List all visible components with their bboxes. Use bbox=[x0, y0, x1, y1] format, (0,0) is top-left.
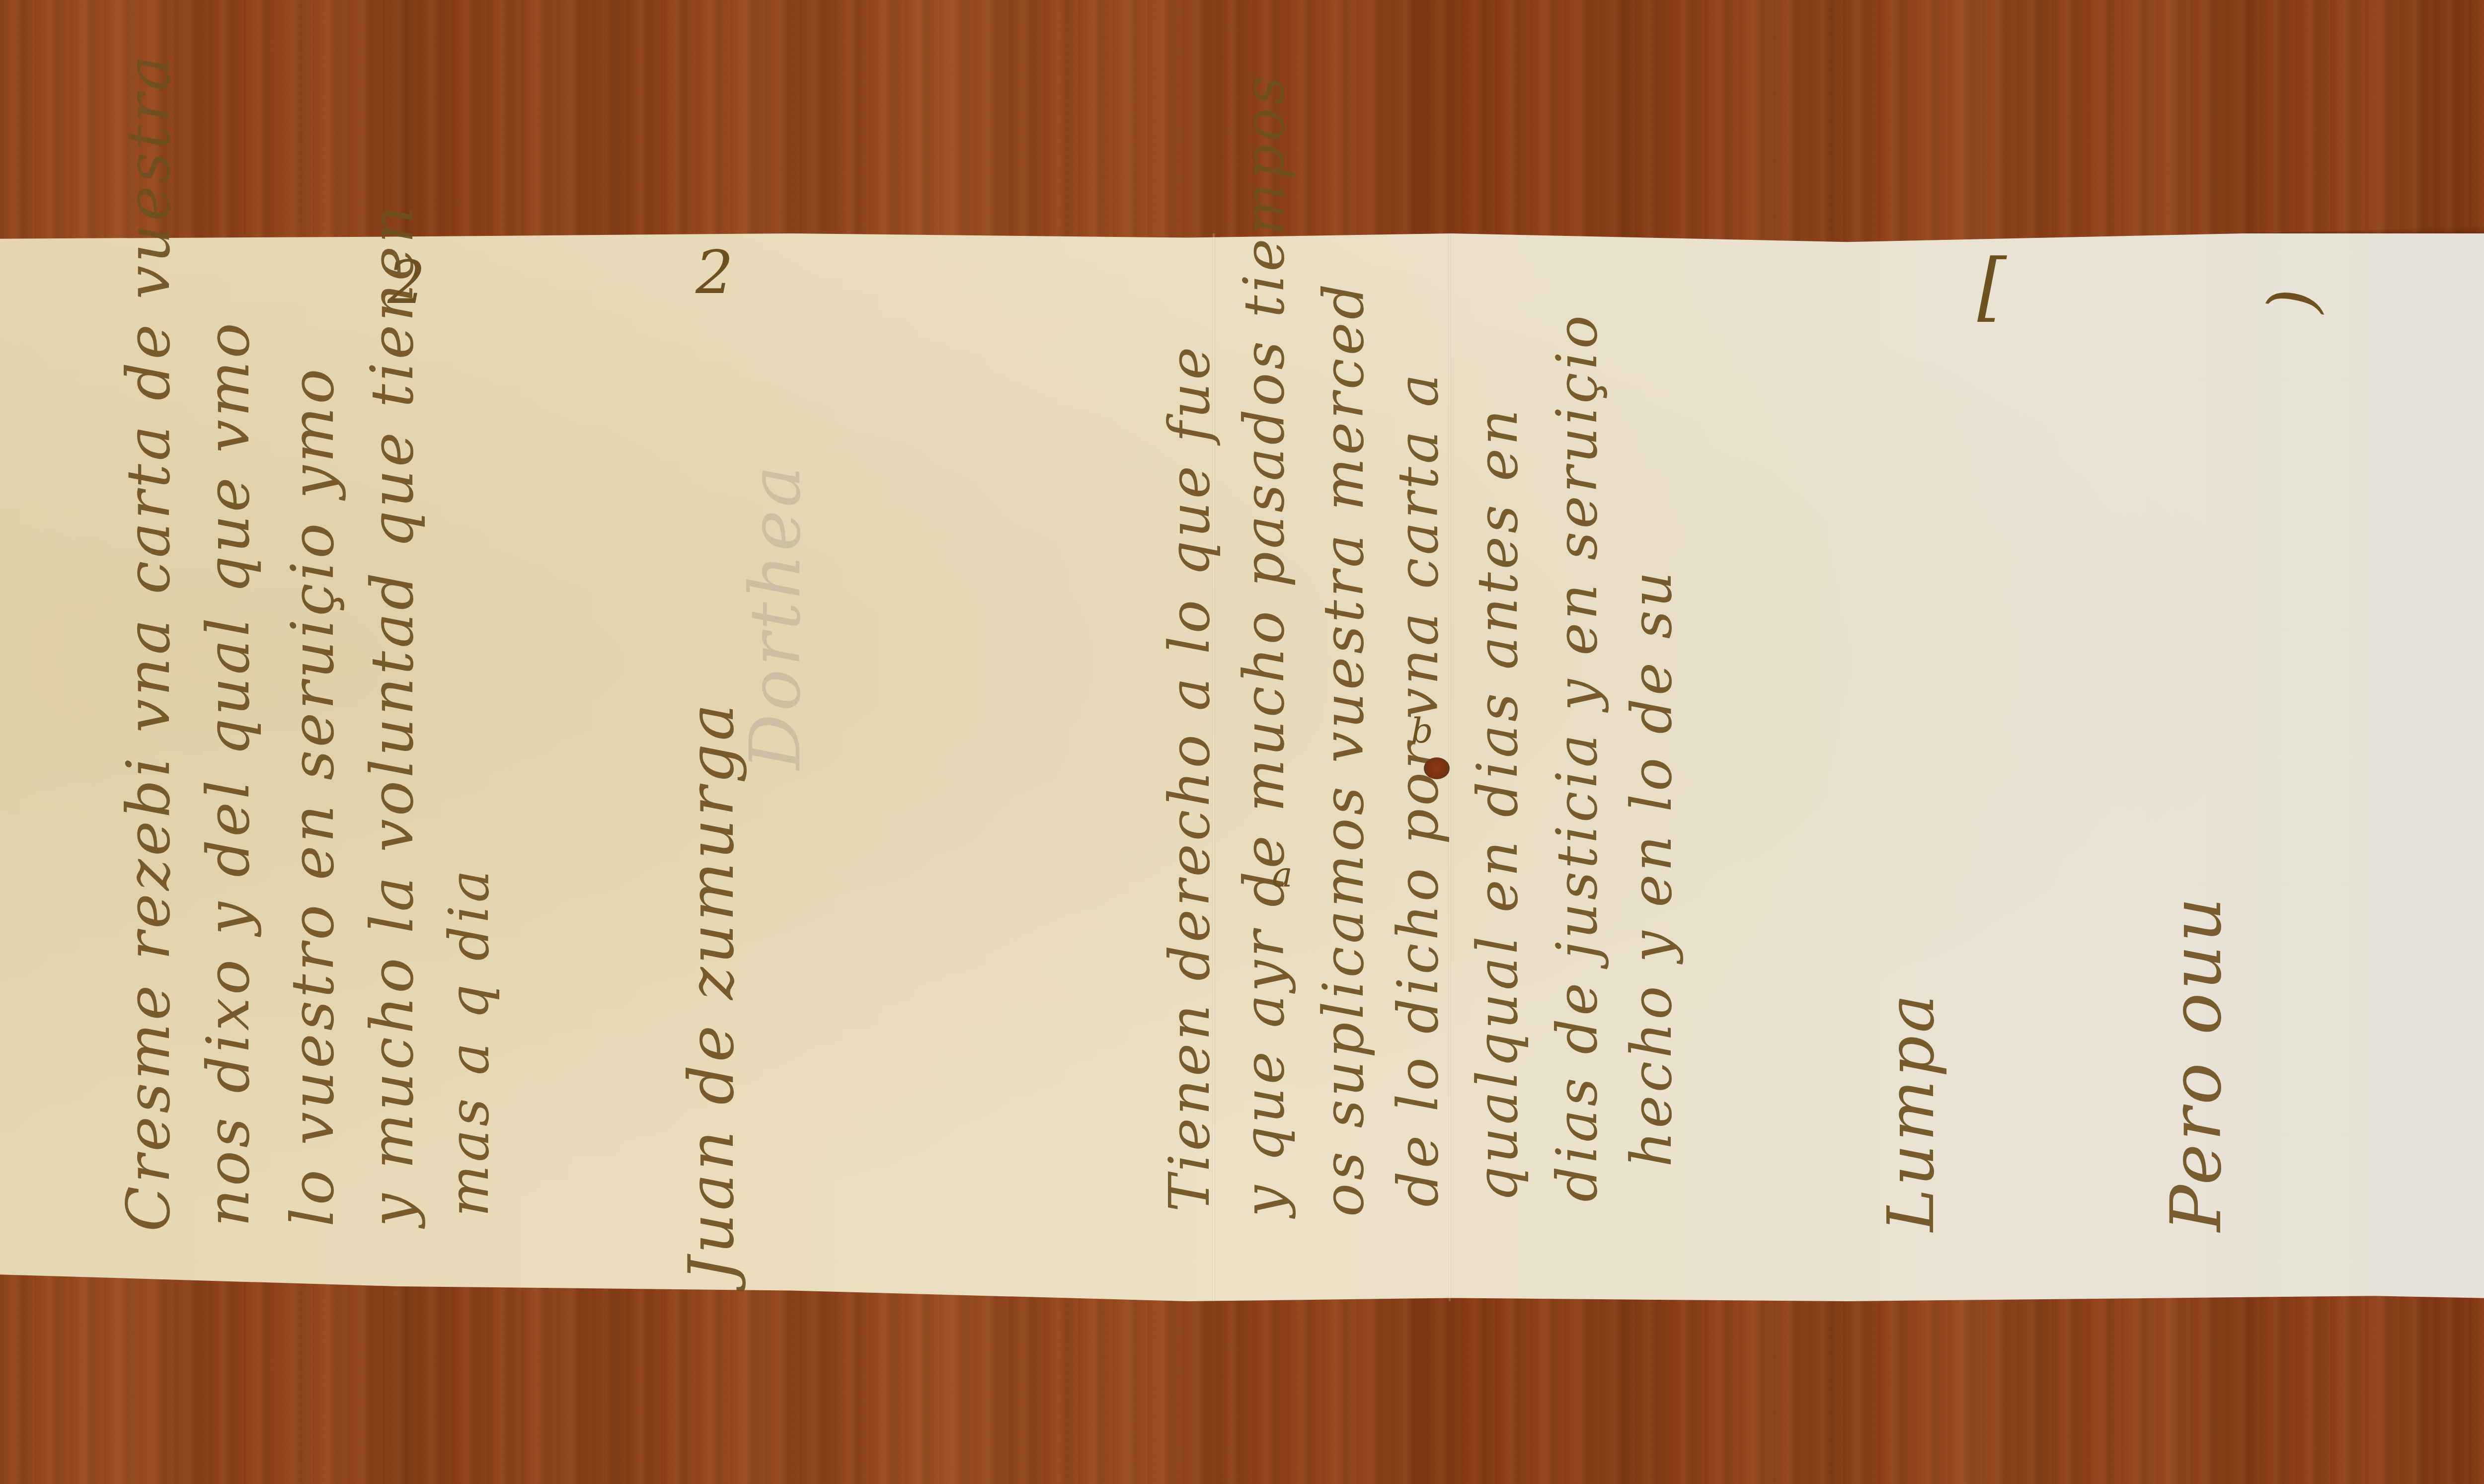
corner-mark: 2 bbox=[696, 238, 733, 307]
handwritten-line: lo vuestro en seruiçio ymo bbox=[278, 366, 347, 1227]
interlinear-mark: a bbox=[1272, 854, 1293, 895]
handwritten-line: nos dixo y del qual que vmo bbox=[194, 320, 262, 1227]
signature: Pero ouu bbox=[2156, 894, 2237, 1232]
handwritten-line: os suplicamos vuestra merced bbox=[1312, 281, 1376, 1217]
handwritten-line: mas a q dia bbox=[437, 867, 501, 1217]
handwritten-line: hecho y en lo de su bbox=[1620, 569, 1684, 1167]
handwritten-line: y mucho la voluntad que tienen bbox=[358, 203, 426, 1227]
handwritten-line: y que ayr de mucho pasados tiempos bbox=[1232, 74, 1297, 1217]
arc-mark: ( bbox=[2260, 289, 2335, 314]
handwritten-line: de lo dicho por vna carta a bbox=[1386, 371, 1451, 1207]
handwritten-line: Cresme rezebi vna carta de vuestra bbox=[114, 53, 183, 1232]
interlinear-mark: b bbox=[1411, 710, 1433, 751]
corner-mark: 2 bbox=[388, 248, 425, 317]
bracket-mark: [ bbox=[1977, 243, 2007, 330]
handwritten-line: dias de justicia y en seruiçio bbox=[1545, 312, 1610, 1202]
handwritten-line: Tienen derecho a lo que fue bbox=[1158, 344, 1222, 1212]
paper-hole bbox=[1424, 757, 1450, 779]
handwritten-line: Juan de zumurga bbox=[676, 701, 748, 1281]
signature: Lumpa bbox=[1873, 991, 1948, 1232]
bleed-through-text: Dorthea bbox=[735, 463, 816, 770]
handwritten-line: qualqual en dias antes en bbox=[1466, 406, 1530, 1202]
